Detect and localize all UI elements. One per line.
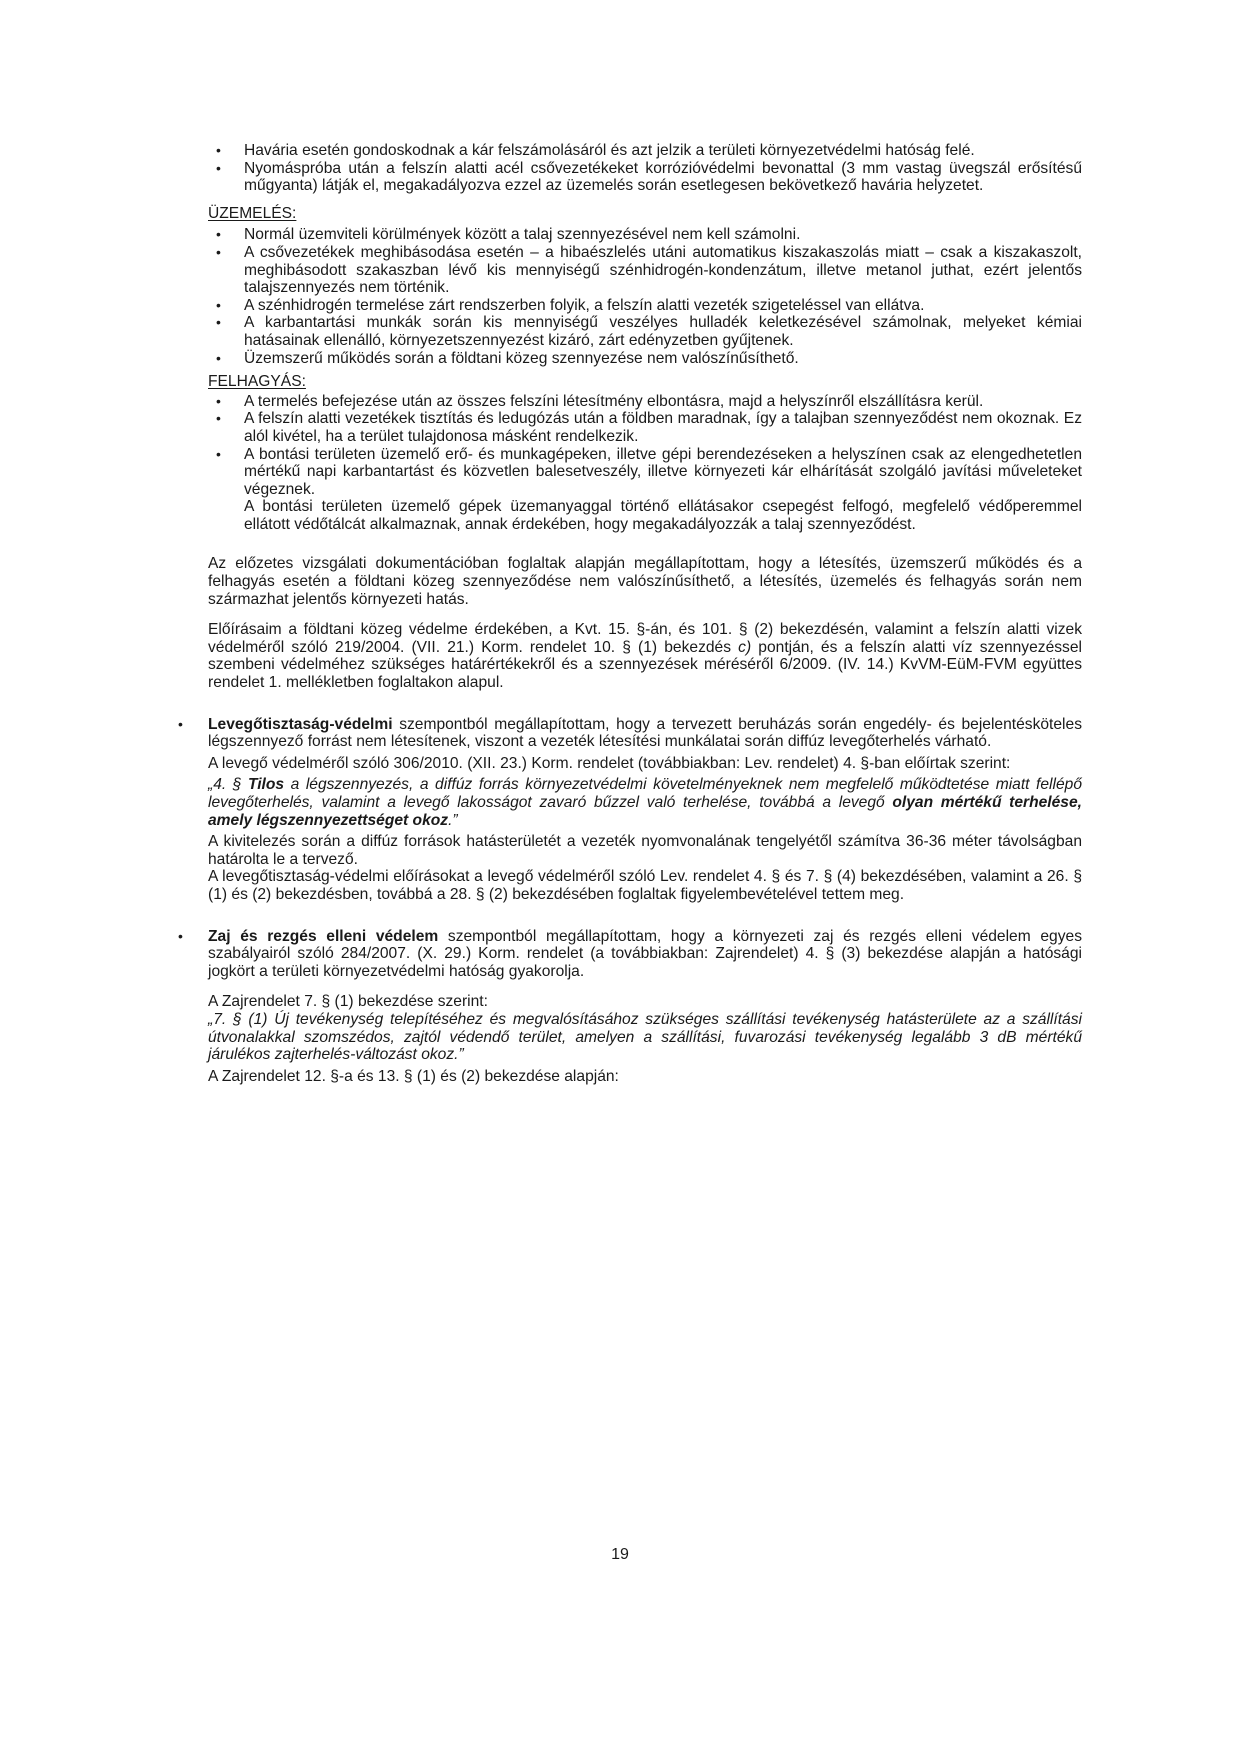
bullet-icon: • bbox=[178, 716, 183, 734]
list-item: • A karbantartási munkák során kis menny… bbox=[244, 314, 1082, 349]
quote-text: .” bbox=[448, 812, 458, 829]
list-item-text: A bontási területen üzemelő erő- és munk… bbox=[244, 446, 1082, 498]
list-item-zaj: • Zaj és rezgés elleni védelem szempontb… bbox=[208, 928, 1082, 981]
quote-bold: Tilos bbox=[248, 776, 284, 793]
list-item-text: Üzemszerű működés során a földtani közeg… bbox=[244, 350, 799, 367]
list-item: • A termelés befejezése után az összes f… bbox=[244, 393, 1082, 411]
zaj-quote-7: „7. § (1) Új tevékenység telepítéséhez é… bbox=[208, 1011, 1082, 1064]
list-item-text: Havária esetén gondoskodnak a kár felszá… bbox=[244, 142, 975, 159]
bullet-icon: • bbox=[216, 160, 221, 178]
bullet-icon: • bbox=[216, 446, 221, 464]
levego-eloirasok: A levegőtisztaság-védelmi előírásokat a … bbox=[208, 868, 1082, 903]
list-item: • A bontási területen üzemelő erő- és mu… bbox=[244, 446, 1082, 499]
list-item: • A szénhidrogén termelése zárt rendszer… bbox=[244, 297, 1082, 315]
bullet-icon: • bbox=[216, 410, 221, 428]
list-item: • A csővezetékek meghibásodása esetén – … bbox=[244, 244, 1082, 297]
list-item-continuation: A bontási területen üzemelő gépek üzeman… bbox=[244, 498, 1082, 533]
section-heading-felhagyas: FELHAGYÁS: bbox=[208, 373, 1082, 391]
list-item-levego: • Levegőtisztaság-védelmi szempontból me… bbox=[208, 716, 1082, 751]
levego-bold-term: Levegőtisztaság-védelmi bbox=[208, 716, 393, 733]
quote-text: „4. § bbox=[208, 776, 248, 793]
bullet-icon: • bbox=[178, 928, 183, 946]
list-item: • Havária esetén gondoskodnak a kár fels… bbox=[244, 142, 1082, 160]
eloirasaim-italic: c) bbox=[738, 639, 751, 656]
list-item: • Normál üzemviteli körülmények között a… bbox=[244, 226, 1082, 244]
bullet-icon: • bbox=[216, 314, 221, 332]
list-item: • Üzemszerű működés során a földtani köz… bbox=[244, 350, 1082, 368]
page-body: • Havária esetén gondoskodnak a kár fels… bbox=[208, 142, 1082, 1085]
zaj-reference-7: A Zajrendelet 7. § (1) bekezdése szerint… bbox=[208, 993, 1082, 1011]
list-item-text: A felszín alatti vezetékek tisztítás és … bbox=[244, 410, 1082, 445]
levego-reference: A levegő védelméről szóló 306/2010. (XII… bbox=[208, 755, 1082, 773]
section-heading-uzemeles: ÜZEMELÉS: bbox=[208, 205, 1082, 223]
list-item-text: A csővezetékek meghibásodása esetén – a … bbox=[244, 244, 1082, 296]
bullet-icon: • bbox=[216, 226, 221, 244]
document-page: • Havária esetén gondoskodnak a kár fels… bbox=[0, 0, 1240, 1755]
levego-kivitelezes: A kivitelezés során a diffúz források ha… bbox=[208, 833, 1082, 868]
bullet-icon: • bbox=[216, 244, 221, 262]
list-item-text: Normál üzemviteli körülmények között a t… bbox=[244, 226, 800, 243]
levego-quote: „4. § Tilos a légszennyezés, a diffúz fo… bbox=[208, 776, 1082, 829]
list-item: • A felszín alatti vezetékek tisztítás é… bbox=[244, 410, 1082, 445]
bullet-icon: • bbox=[216, 142, 221, 160]
zaj-bold-term: Zaj és rezgés elleni védelem bbox=[208, 928, 438, 945]
list-item-text: Nyomáspróba után a felszín alatti acél c… bbox=[244, 160, 1082, 195]
list-item: • Nyomáspróba után a felszín alatti acél… bbox=[244, 160, 1082, 195]
list-item-text: A szénhidrogén termelése zárt rendszerbe… bbox=[244, 297, 924, 314]
list-item-text: A karbantartási munkák során kis mennyis… bbox=[244, 314, 1082, 349]
eloirasaim-paragraph: Előírásaim a földtani közeg védelme érde… bbox=[208, 621, 1082, 691]
zaj-reference-12: A Zajrendelet 12. §-a és 13. § (1) és (2… bbox=[208, 1068, 1082, 1086]
list-item-text: A termelés befejezése után az összes fel… bbox=[244, 393, 983, 410]
page-number: 19 bbox=[0, 1546, 1240, 1564]
bullet-icon: • bbox=[216, 297, 221, 315]
bullet-icon: • bbox=[216, 350, 221, 368]
bullet-icon: • bbox=[216, 393, 221, 411]
conclusion-paragraph: Az előzetes vizsgálati dokumentációban f… bbox=[208, 555, 1082, 608]
